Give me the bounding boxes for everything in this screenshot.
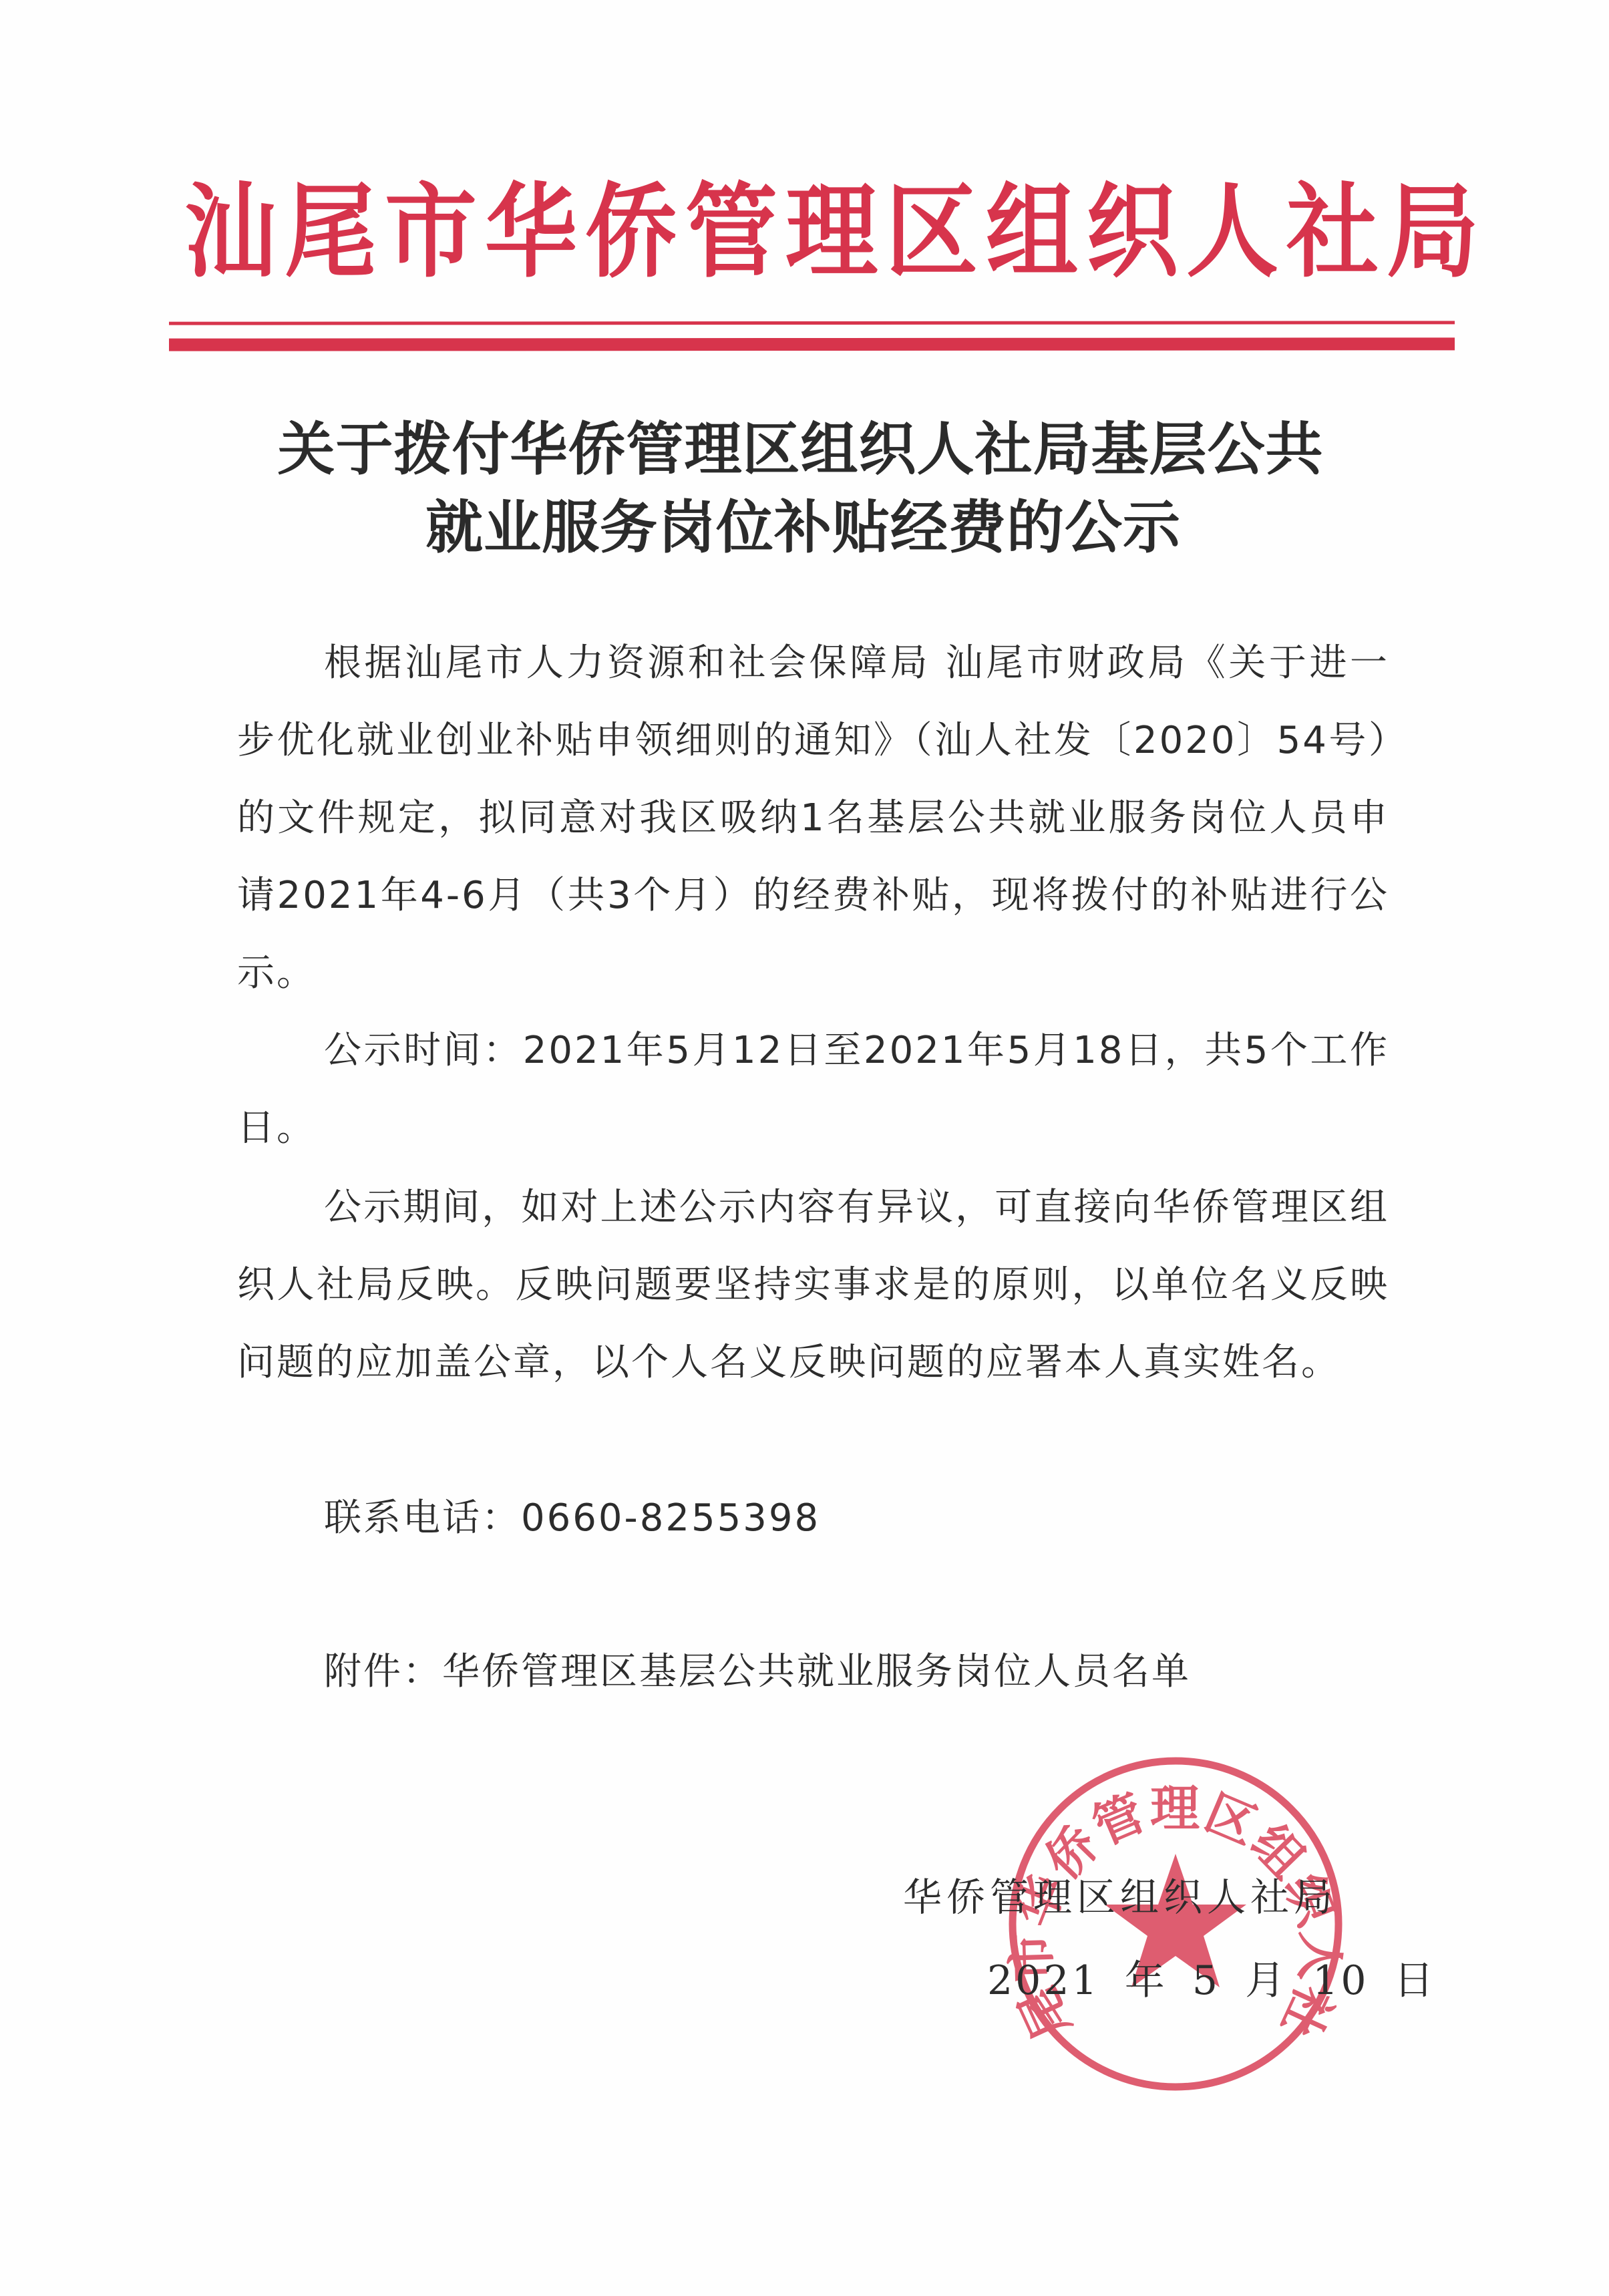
letterhead-org-name: 汕 尾 市 华 侨 管 理 区 组 织 人 社 局 bbox=[180, 174, 1469, 289]
body-paragraph-basis: 根据汕尾市人力资源和社会保障局 汕尾市财政局《关于进一步优化就业创业补贴申领细则… bbox=[237, 625, 1389, 1012]
letterhead-char: 社 bbox=[1286, 174, 1379, 289]
paragraph-text: 公示期间，如对上述公示内容有异议，可直接向华侨管理区组织人社局反映。反映问题要坚… bbox=[237, 1169, 1389, 1402]
letterhead-char: 区 bbox=[886, 174, 978, 289]
body-attachment: 附件：华侨管理区基层公共就业服务岗位人员名单 bbox=[237, 1633, 1389, 1711]
letterhead-char: 织 bbox=[1086, 174, 1178, 289]
letterhead-char: 人 bbox=[1186, 174, 1278, 289]
letterhead-char: 管 bbox=[685, 174, 777, 289]
letterhead-char: 组 bbox=[986, 174, 1078, 289]
signature-organization: 华侨管理区组织人社局 bbox=[903, 1870, 1337, 1924]
letterhead-char: 汕 bbox=[184, 174, 277, 289]
letterhead-char: 市 bbox=[385, 174, 477, 289]
paragraph-text: 公示时间：2021年5月12日至2021年5月18日，共5个工作日。 bbox=[237, 1012, 1389, 1167]
letterhead-rule-thick bbox=[169, 337, 1455, 351]
letterhead-char: 理 bbox=[785, 174, 878, 289]
letterhead-char: 华 bbox=[485, 174, 577, 289]
letterhead-char: 尾 bbox=[285, 174, 377, 289]
paragraph-text: 根据汕尾市人力资源和社会保障局 汕尾市财政局《关于进一步优化就业创业补贴申领细则… bbox=[237, 625, 1389, 1012]
body-contact-phone: 联系电话：0660-8255398 bbox=[237, 1480, 1389, 1557]
letterhead-rule-thin bbox=[169, 321, 1455, 325]
contact-text: 联系电话：0660-8255398 bbox=[237, 1480, 1389, 1557]
attachment-text: 附件：华侨管理区基层公共就业服务岗位人员名单 bbox=[237, 1633, 1389, 1711]
letterhead-char: 侨 bbox=[585, 174, 677, 289]
official-seal-icon: 汕尾市华侨管理区组织人社局 bbox=[1005, 1754, 1346, 2094]
document-title-line1: 关于拨付华侨管理区组织人社局基层公共 bbox=[0, 413, 1605, 486]
document-page: 汕 尾 市 华 侨 管 理 区 组 织 人 社 局 关于拨付华侨管理区组织人社局… bbox=[0, 0, 1609, 2296]
letterhead-char: 局 bbox=[1387, 174, 1479, 289]
signature-date: 2021 年 5 月 10 日 bbox=[987, 1954, 1437, 2007]
body-paragraph-objection: 公示期间，如对上述公示内容有异议，可直接向华侨管理区组织人社局反映。反映问题要坚… bbox=[237, 1169, 1389, 1402]
body-paragraph-period: 公示时间：2021年5月12日至2021年5月18日，共5个工作日。 bbox=[237, 1012, 1389, 1167]
document-title-line2: 就业服务岗位补贴经费的公示 bbox=[0, 491, 1608, 564]
